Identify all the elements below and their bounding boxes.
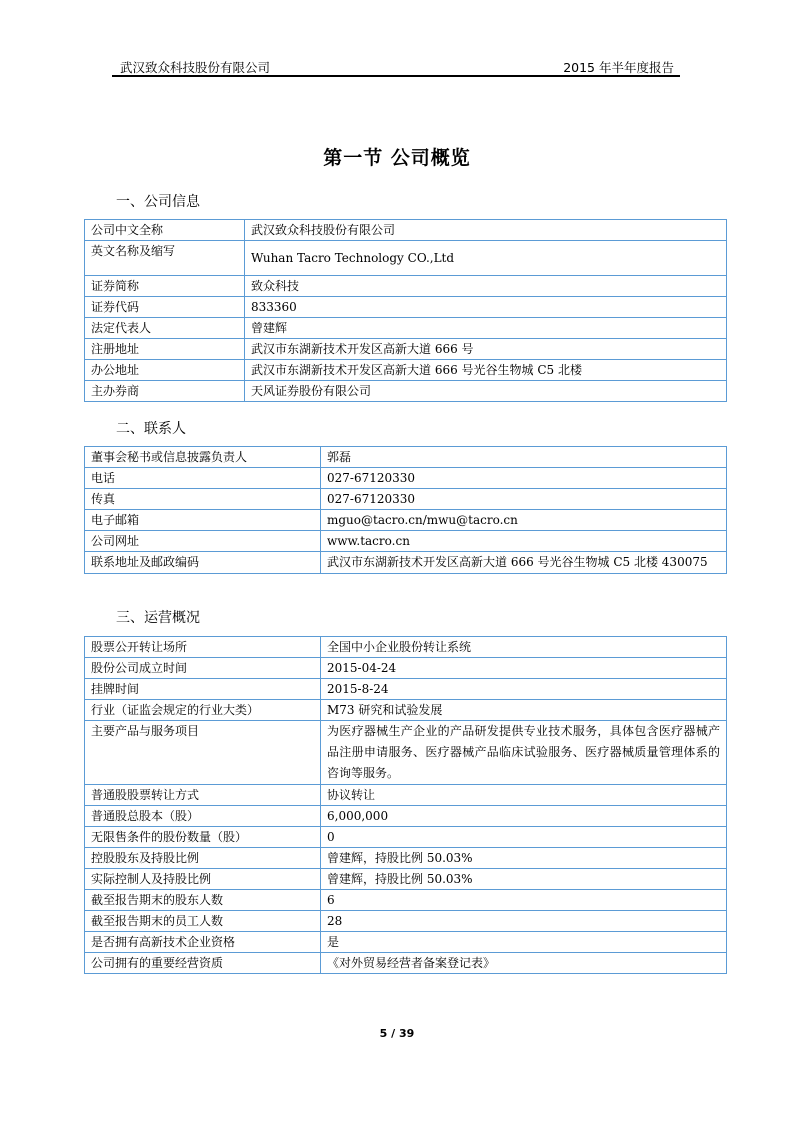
table-row: 联系地址及邮政编码 武汉市东湖新技术开发区高新大道 666 号光谷生物城 C5 … — [85, 552, 727, 574]
row-label: 无限售条件的股份数量（股） — [85, 827, 321, 848]
row-label: 英文名称及缩写 — [85, 241, 245, 276]
row-label: 法定代表人 — [85, 318, 245, 339]
row-label: 传真 — [85, 489, 321, 510]
header-divider — [112, 75, 680, 77]
row-value: 武汉市东湖新技术开发区高新大道 666 号光谷生物城 C5 北楼 430075 — [321, 552, 727, 574]
row-label: 公司网址 — [85, 531, 321, 552]
row-value: 天风证券股份有限公司 — [245, 381, 727, 402]
table-row: 公司网址 www.tacro.cn — [85, 531, 727, 552]
table-row: 传真 027-67120330 — [85, 489, 727, 510]
table-row: 英文名称及缩写 Wuhan Tacro Technology CO.,Ltd — [85, 241, 727, 276]
section-heading-operations: 三、运营概况 — [116, 607, 200, 627]
row-label: 截至报告期末的员工人数 — [85, 911, 321, 932]
row-label: 证券简称 — [85, 276, 245, 297]
contact-table: 董事会秘书或信息披露负责人 郭磊 电话 027-67120330 传真 027-… — [84, 446, 727, 574]
row-value: 《对外贸易经营者备案登记表》 — [321, 953, 727, 974]
row-label: 实际控制人及持股比例 — [85, 869, 321, 890]
row-label: 普通股股票转让方式 — [85, 785, 321, 806]
row-label: 截至报告期末的股东人数 — [85, 890, 321, 911]
page-number: 5 / 39 — [0, 1027, 794, 1040]
table-row: 挂牌时间 2015-8-24 — [85, 679, 727, 700]
row-label: 联系地址及邮政编码 — [85, 552, 321, 574]
row-value: 为医疗器械生产企业的产品研发提供专业技术服务，具体包含医疗器械产品注册申请服务、… — [321, 721, 727, 785]
table-row: 行业（证监会规定的行业大类） M73 研究和试验发展 — [85, 700, 727, 721]
row-label: 挂牌时间 — [85, 679, 321, 700]
table-row: 证券简称 致众科技 — [85, 276, 727, 297]
operations-table: 股票公开转让场所 全国中小企业股份转让系统 股份公司成立时间 2015-04-2… — [84, 636, 727, 974]
section-heading-company-info: 一、公司信息 — [116, 191, 200, 211]
table-row: 控股股东及持股比例 曾建辉，持股比例 50.03% — [85, 848, 727, 869]
row-label: 电话 — [85, 468, 321, 489]
row-label: 公司拥有的重要经营资质 — [85, 953, 321, 974]
table-row: 主要产品与服务项目 为医疗器械生产企业的产品研发提供专业技术服务，具体包含医疗器… — [85, 721, 727, 785]
table-row: 普通股总股本（股） 6,000,000 — [85, 806, 727, 827]
row-value: 027-67120330 — [321, 468, 727, 489]
row-value: 致众科技 — [245, 276, 727, 297]
row-label: 注册地址 — [85, 339, 245, 360]
table-row: 股票公开转让场所 全国中小企业股份转让系统 — [85, 637, 727, 658]
table-row: 截至报告期末的股东人数 6 — [85, 890, 727, 911]
row-label: 电子邮箱 — [85, 510, 321, 531]
row-value: 是 — [321, 932, 727, 953]
table-row: 证券代码 833360 — [85, 297, 727, 318]
table-row: 公司拥有的重要经营资质 《对外贸易经营者备案登记表》 — [85, 953, 727, 974]
section-heading-contact: 二、联系人 — [116, 418, 186, 438]
row-value: 28 — [321, 911, 727, 932]
table-row: 主办券商 天风证券股份有限公司 — [85, 381, 727, 402]
table-row: 公司中文全称 武汉致众科技股份有限公司 — [85, 220, 727, 241]
row-value: 郭磊 — [321, 447, 727, 468]
page-title: 第一节 公司概览 — [0, 143, 794, 170]
row-label: 董事会秘书或信息披露负责人 — [85, 447, 321, 468]
row-value: 6 — [321, 890, 727, 911]
row-label: 证券代码 — [85, 297, 245, 318]
table-row: 实际控制人及持股比例 曾建辉，持股比例 50.03% — [85, 869, 727, 890]
row-value: 曾建辉，持股比例 50.03% — [321, 848, 727, 869]
row-label: 主办券商 — [85, 381, 245, 402]
row-label: 办公地址 — [85, 360, 245, 381]
row-value: 6,000,000 — [321, 806, 727, 827]
row-value: 曾建辉，持股比例 50.03% — [321, 869, 727, 890]
table-row: 电子邮箱 mguo@tacro.cn/mwu@tacro.cn — [85, 510, 727, 531]
row-label: 行业（证监会规定的行业大类） — [85, 700, 321, 721]
row-label: 是否拥有高新技术企业资格 — [85, 932, 321, 953]
row-label: 股票公开转让场所 — [85, 637, 321, 658]
table-row: 是否拥有高新技术企业资格 是 — [85, 932, 727, 953]
row-value: mguo@tacro.cn/mwu@tacro.cn — [321, 510, 727, 531]
table-row: 电话 027-67120330 — [85, 468, 727, 489]
row-value: 2015-04-24 — [321, 658, 727, 679]
row-label: 股份公司成立时间 — [85, 658, 321, 679]
row-value: Wuhan Tacro Technology CO.,Ltd — [245, 241, 727, 276]
table-row: 法定代表人 曾建辉 — [85, 318, 727, 339]
row-value: 武汉市东湖新技术开发区高新大道 666 号 — [245, 339, 727, 360]
row-label: 公司中文全称 — [85, 220, 245, 241]
table-row: 截至报告期末的员工人数 28 — [85, 911, 727, 932]
row-label: 控股股东及持股比例 — [85, 848, 321, 869]
row-value: 武汉市东湖新技术开发区高新大道 666 号光谷生物城 C5 北楼 — [245, 360, 727, 381]
table-row: 办公地址 武汉市东湖新技术开发区高新大道 666 号光谷生物城 C5 北楼 — [85, 360, 727, 381]
row-value: 协议转让 — [321, 785, 727, 806]
company-info-table: 公司中文全称 武汉致众科技股份有限公司 英文名称及缩写 Wuhan Tacro … — [84, 219, 727, 402]
row-value: 2015-8-24 — [321, 679, 727, 700]
row-value: 武汉致众科技股份有限公司 — [245, 220, 727, 241]
row-label: 普通股总股本（股） — [85, 806, 321, 827]
table-row: 股份公司成立时间 2015-04-24 — [85, 658, 727, 679]
row-value: 833360 — [245, 297, 727, 318]
table-row: 无限售条件的股份数量（股） 0 — [85, 827, 727, 848]
row-value: 曾建辉 — [245, 318, 727, 339]
row-label: 主要产品与服务项目 — [85, 721, 321, 785]
row-value: M73 研究和试验发展 — [321, 700, 727, 721]
table-row: 普通股股票转让方式 协议转让 — [85, 785, 727, 806]
table-row: 注册地址 武汉市东湖新技术开发区高新大道 666 号 — [85, 339, 727, 360]
row-value: 全国中小企业股份转让系统 — [321, 637, 727, 658]
row-value: 027-67120330 — [321, 489, 727, 510]
table-row: 董事会秘书或信息披露负责人 郭磊 — [85, 447, 727, 468]
row-value: www.tacro.cn — [321, 531, 727, 552]
row-value: 0 — [321, 827, 727, 848]
